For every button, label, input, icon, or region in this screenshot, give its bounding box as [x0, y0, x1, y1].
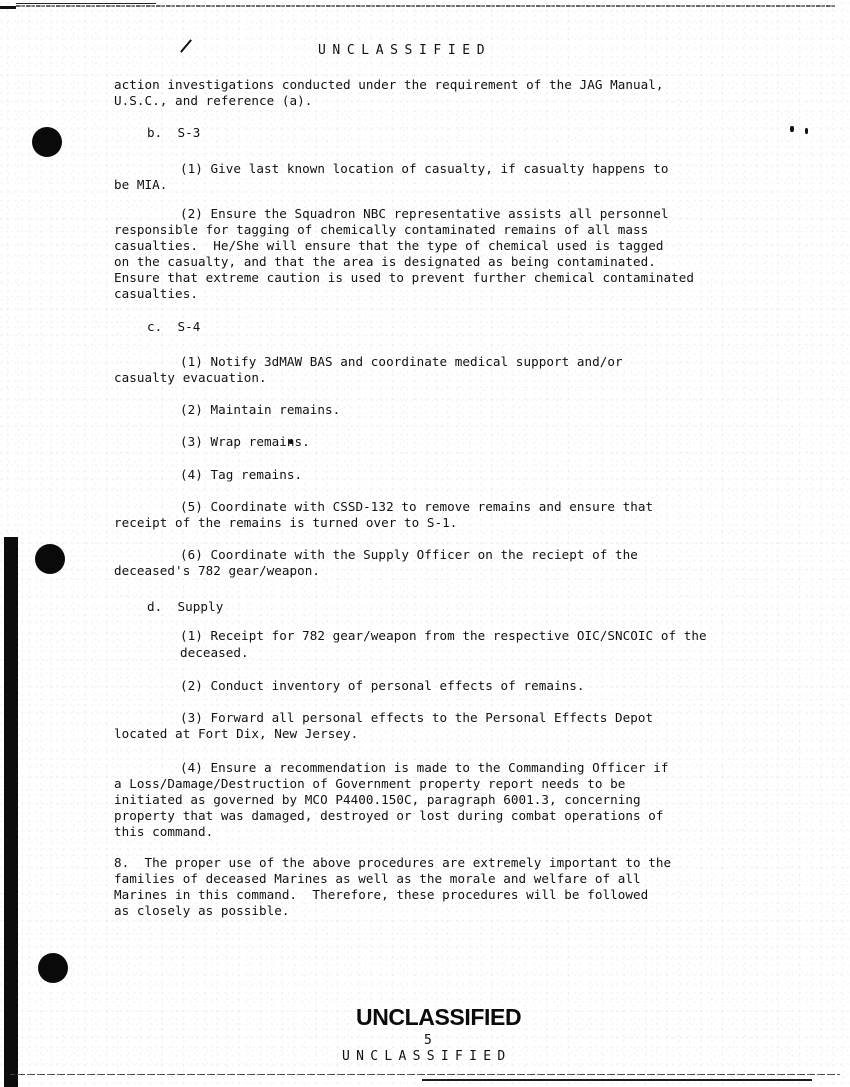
section-b-item-2-line: casualties. He/She will ensure that the … — [114, 239, 664, 253]
section-b-item-2-line: casualties. — [114, 287, 198, 301]
section-c-item-6-line: deceased's 782 gear/weapon. — [114, 564, 320, 578]
section-d-heading: d. Supply — [147, 600, 223, 614]
section-c-item-3-line: (3) Wrap remains. — [180, 435, 310, 449]
punch-hole-icon — [38, 953, 68, 983]
paragraph-8-line: Marines in this command. Therefore, thes… — [114, 888, 648, 902]
section-b-item-1-line: (1) Give last known location of casualty… — [180, 162, 668, 176]
section-c-item-5-line: (5) Coordinate with CSSD-132 to remove r… — [180, 500, 653, 514]
section-b-item-2-line: responsible for tagging of chemically co… — [114, 223, 648, 237]
section-b-item-2-line: on the casualty, and that the area is de… — [114, 255, 656, 269]
section-c-item-1-line: casualty evacuation. — [114, 371, 267, 385]
section-d-item-3-line: (3) Forward all personal effects to the … — [180, 711, 653, 725]
section-d-item-4-line: property that was damaged, destroyed or … — [114, 809, 664, 823]
section-d-item-4-line: initiated as governed by MCO P4400.150C,… — [114, 793, 641, 807]
header-classification: UNCLASSIFIED — [318, 43, 491, 58]
continuation-line: action investigations conducted under th… — [114, 78, 664, 92]
scan-binding-shadow — [4, 537, 18, 1087]
section-c-item-4-line: (4) Tag remains. — [180, 468, 302, 482]
section-b-item-2-line: (2) Ensure the Squadron NBC representati… — [180, 207, 668, 221]
punch-hole-icon — [32, 127, 62, 157]
document-page: UNCLASSIFIED action investigations condu… — [0, 0, 850, 1087]
section-c-heading: c. S-4 — [147, 320, 200, 334]
paragraph-8-line: families of deceased Marines as well as … — [114, 872, 641, 886]
section-c-item-2-line: (2) Maintain remains. — [180, 403, 340, 417]
paragraph-8-line: 8. The proper use of the above procedure… — [114, 856, 671, 870]
scan-speck — [805, 128, 808, 134]
section-d-item-3-line: located at Fort Dix, New Jersey. — [114, 727, 358, 741]
scan-noise-strip — [16, 5, 836, 7]
scan-speck — [790, 126, 794, 132]
footer-classification: UNCLASSIFIED — [342, 1049, 512, 1064]
section-b-item-2-line: Ensure that extreme caution is used to p… — [114, 271, 694, 285]
scan-edge-line — [10, 1074, 840, 1075]
section-c-item-5-line: receipt of the remains is turned over to… — [114, 516, 457, 530]
section-b-item-1-line: be MIA. — [114, 178, 167, 192]
scan-edge-line — [16, 3, 156, 4]
stray-pen-mark — [180, 39, 192, 53]
paragraph-8-line: as closely as possible. — [114, 904, 290, 918]
continuation-line: U.S.C., and reference (a). — [114, 94, 312, 108]
section-d-item-4-line: this command. — [114, 825, 213, 839]
section-d-item-1-line: deceased. — [180, 646, 249, 660]
section-d-item-4-line: (4) Ensure a recommendation is made to t… — [180, 761, 668, 775]
section-c-item-6-line: (6) Coordinate with the Supply Officer o… — [180, 548, 638, 562]
footer-classification-stamp: UNCLASSIFIED — [356, 1004, 521, 1031]
section-d-item-1-line: (1) Receipt for 782 gear/weapon from the… — [180, 629, 707, 643]
page-number: 5 — [424, 1033, 432, 1048]
section-b-heading: b. S-3 — [147, 126, 200, 140]
scan-edge-mark — [422, 1079, 812, 1081]
scan-edge-mark — [0, 6, 16, 9]
punch-hole-icon — [35, 544, 65, 574]
section-d-item-2-line: (2) Conduct inventory of personal effect… — [180, 679, 585, 693]
section-c-item-1-line: (1) Notify 3dMAW BAS and coordinate medi… — [180, 355, 623, 369]
section-d-item-4-line: a Loss/Damage/Destruction of Government … — [114, 777, 625, 791]
